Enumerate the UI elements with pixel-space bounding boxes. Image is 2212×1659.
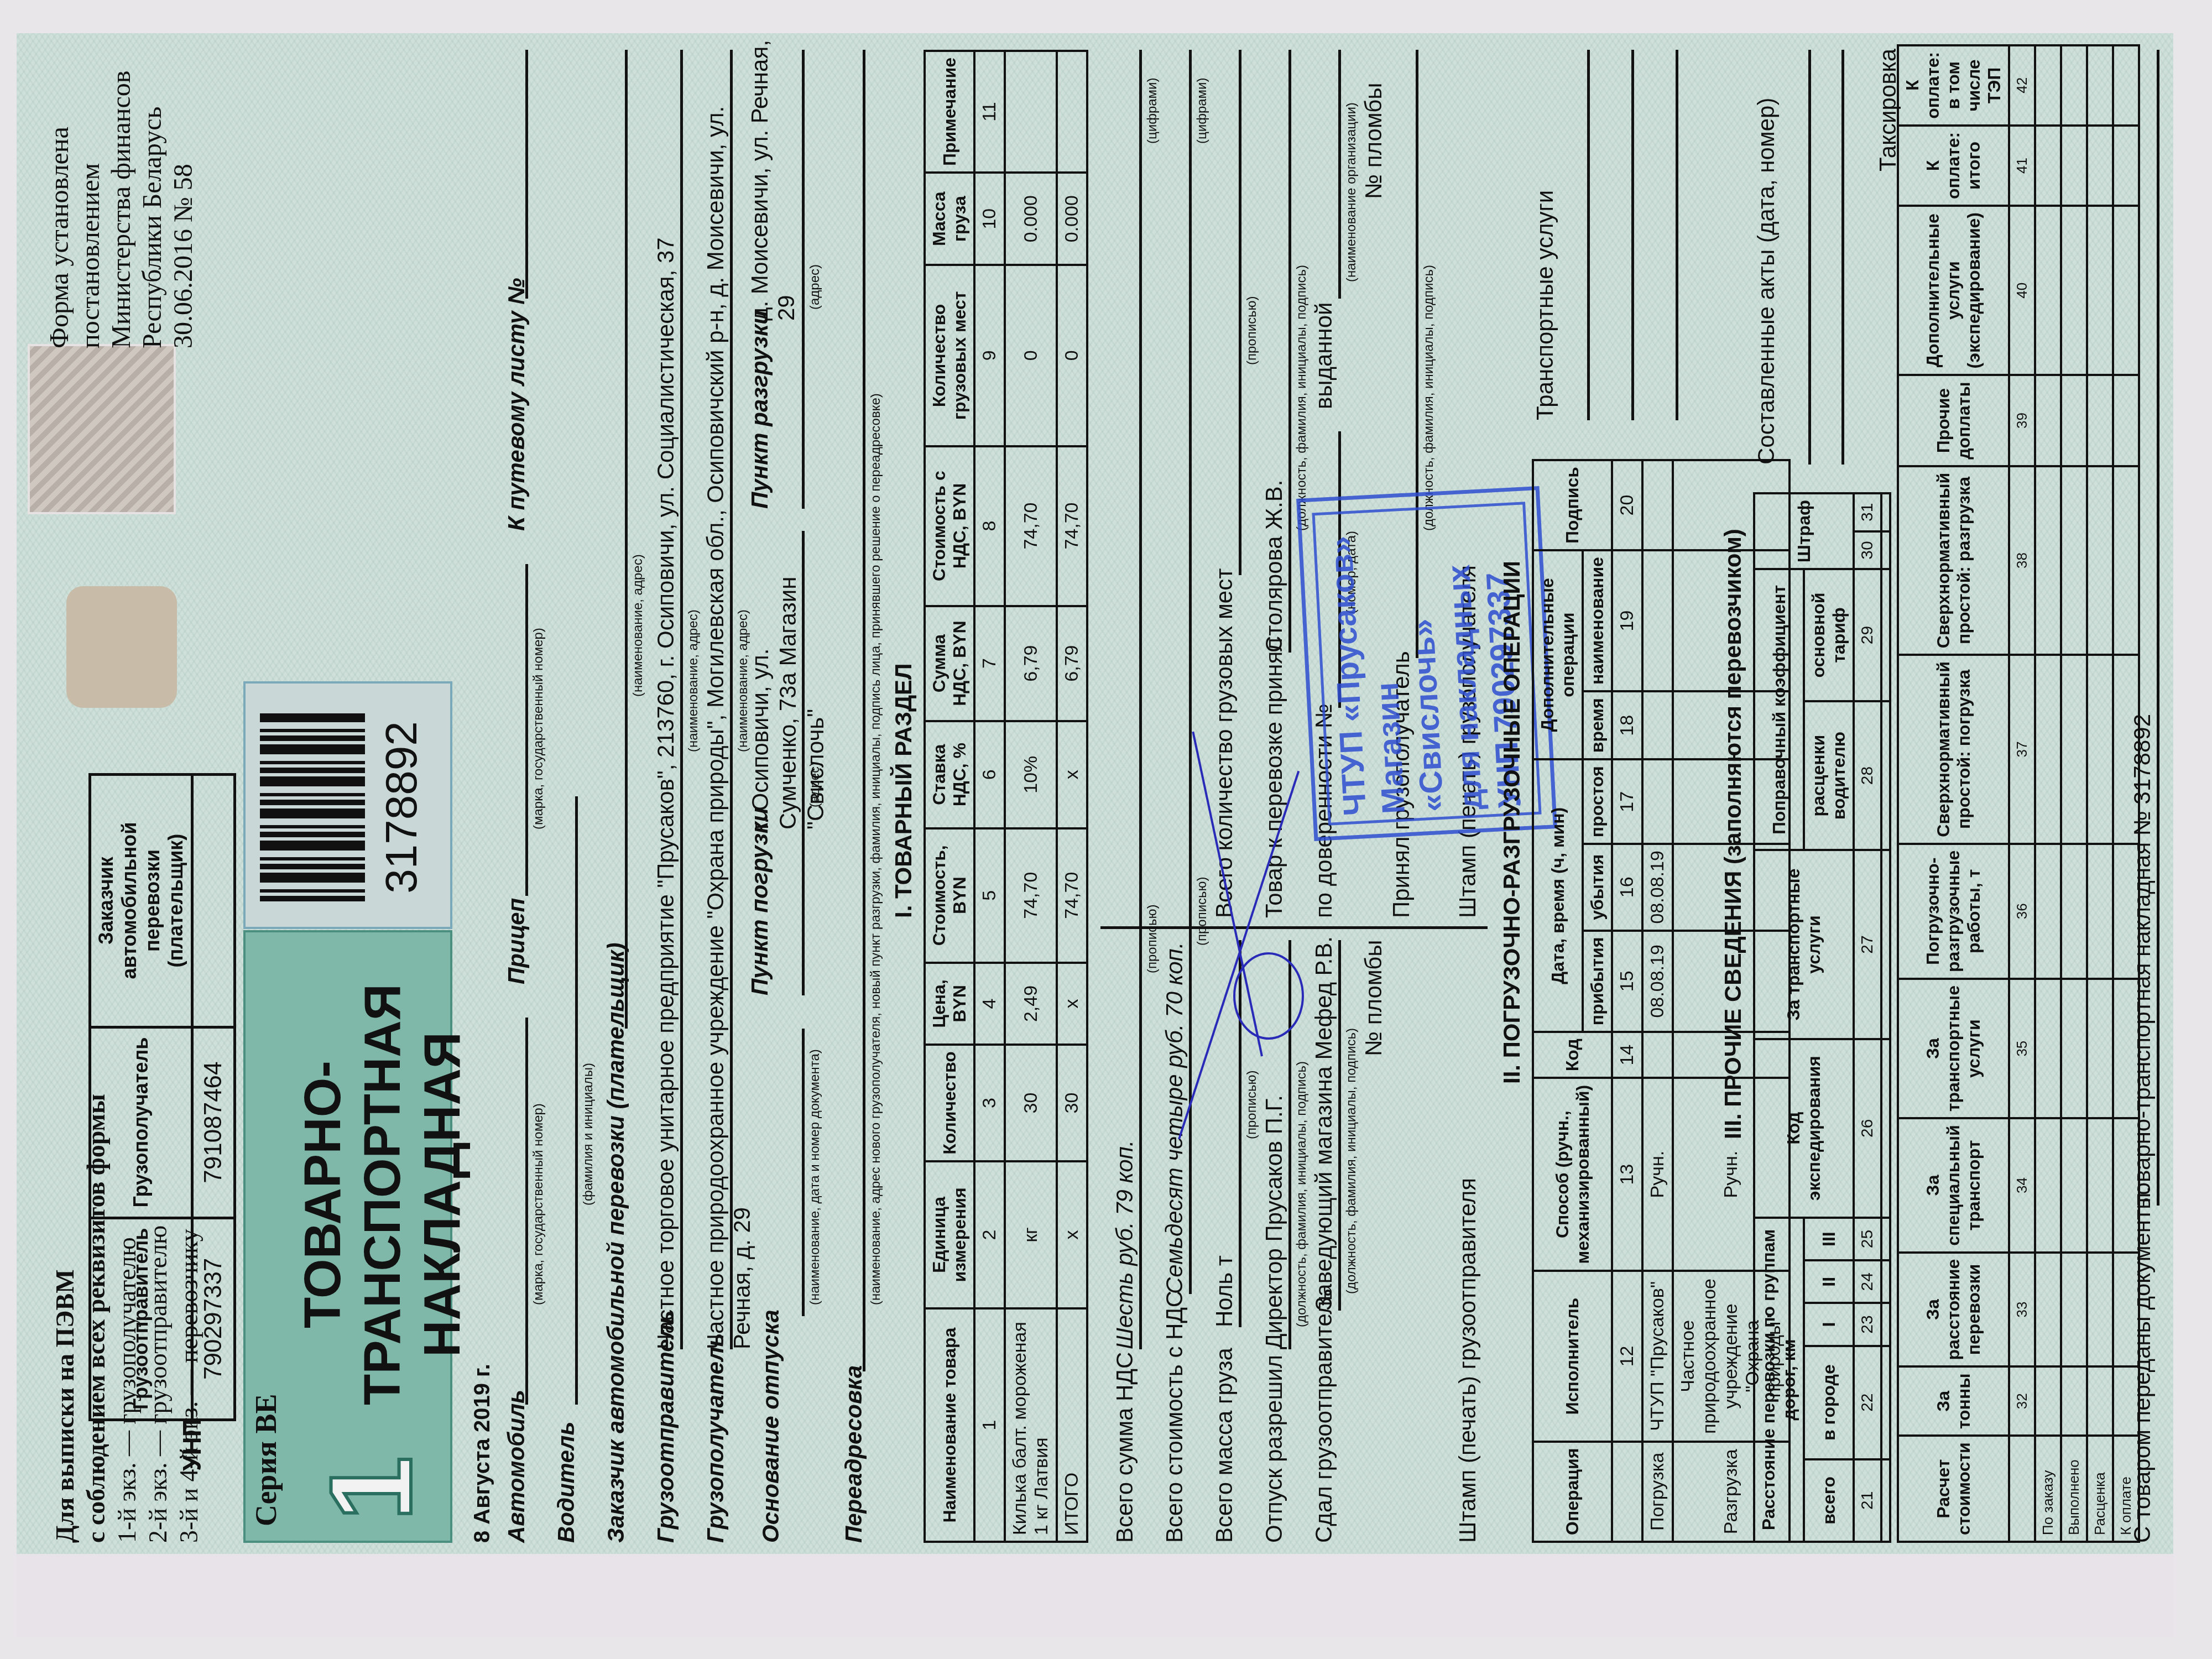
shipper-stamp-label: Штамп (печать) грузоотправителя bbox=[1454, 1178, 1481, 1543]
copy-number: 1 bbox=[304, 1456, 438, 1521]
calc-header: Расчет стоимости bbox=[1898, 1436, 2009, 1542]
goods-cell: 74,70 bbox=[1005, 828, 1057, 963]
goods-column-number: 2 bbox=[974, 1161, 1005, 1308]
calc-cell bbox=[2087, 126, 2113, 206]
basis-field[interactable] bbox=[802, 1029, 805, 1316]
goods-cell: х bbox=[1057, 721, 1087, 828]
operations-column-number: 16 bbox=[1612, 844, 1642, 930]
goods-cell: 6,79 bbox=[1057, 606, 1087, 721]
basis-label: Основание отпуска bbox=[758, 1310, 784, 1543]
goods-cell: 10% bbox=[1005, 721, 1057, 828]
operations-column-number: 19 bbox=[1612, 550, 1642, 691]
calc-cell bbox=[2113, 45, 2139, 126]
calc-column-number: 36 bbox=[2009, 844, 2035, 979]
distance-column-number: 27 bbox=[1854, 850, 1881, 1039]
calc-column-number: 33 bbox=[2009, 1253, 2035, 1367]
distance-column-number: 23 bbox=[1854, 1303, 1881, 1345]
calc-cell bbox=[2035, 1366, 2061, 1436]
calc-cell bbox=[2061, 126, 2087, 206]
calc-cell bbox=[2061, 375, 2087, 466]
consignee-code-header: Грузополучатель bbox=[90, 1027, 192, 1218]
calc-column-number: 40 bbox=[2009, 206, 2035, 375]
goods-column-header: Сумма НДС, BYN bbox=[925, 606, 974, 721]
released-value: Директор Прусаков П.Г. bbox=[1261, 1095, 1287, 1349]
unp-codes-table: Грузоотправитель Грузополучатель Заказчи… bbox=[88, 773, 236, 1421]
calc-cell bbox=[2061, 466, 2087, 655]
goods-column-number: 4 bbox=[974, 963, 1005, 1045]
form-approval-note: Форма установлена постановлением Министе… bbox=[44, 71, 199, 348]
calc-row: Расценка bbox=[2087, 45, 2113, 1542]
calc-column-header: За транспортные услуги bbox=[1898, 979, 2009, 1118]
calc-cell bbox=[2087, 655, 2113, 843]
calc-column-header: Сверхнормативный простой: погрузка bbox=[1898, 655, 2009, 843]
document-title: ТОВАРНО-ТРАНСПОРТНАЯ НАКЛАДНАЯ bbox=[293, 951, 472, 1438]
vat-total-value: Шесть руб. 79 коп. bbox=[1112, 1140, 1138, 1350]
calc-cell bbox=[2061, 655, 2087, 843]
goods-cell: 0 bbox=[1057, 265, 1087, 446]
waybill-sheet: Для выписки на ПЭВМ с соблюдением всех р… bbox=[17, 33, 2173, 1637]
goods-column-header: Наименование товара bbox=[925, 1308, 974, 1542]
calc-cell bbox=[2035, 375, 2061, 466]
distance-cell bbox=[1881, 1303, 1890, 1345]
calc-column-number: 39 bbox=[2009, 375, 2035, 466]
places-total-label: Всего количество грузовых мест bbox=[1211, 568, 1238, 918]
goods-column-number: 7 bbox=[974, 606, 1005, 721]
operations-cell bbox=[1642, 460, 1673, 550]
other-section-title: III. ПРОЧИЕ СВЕДЕНИЯ (заполняются перево… bbox=[1720, 529, 1746, 1139]
calc-cell bbox=[2035, 45, 2061, 126]
readdress-field[interactable] bbox=[863, 50, 865, 1371]
operations-column-number: 15 bbox=[1612, 931, 1642, 1032]
calc-column-number: 41 bbox=[2009, 126, 2035, 206]
distance-cell bbox=[1881, 701, 1890, 851]
goods-cell: 74,70 bbox=[1005, 446, 1057, 606]
vertical-divider bbox=[1100, 926, 1488, 929]
distance-column-number: 24 bbox=[1854, 1260, 1881, 1303]
calc-column-number: 42 bbox=[2009, 45, 2035, 126]
hologram-emblem-icon bbox=[28, 344, 176, 514]
calc-cell bbox=[2061, 1366, 2087, 1436]
goods-table: Наименование товараЕдиница измеренияКоли… bbox=[924, 50, 1088, 1543]
calc-cell bbox=[2061, 206, 2087, 375]
distance-cell bbox=[1881, 850, 1890, 1039]
goods-cell: 2,49 bbox=[1005, 963, 1057, 1045]
mass-total-value: Ноль т bbox=[1211, 1255, 1238, 1327]
calc-column-header: Погрузочно-разгрузочные работы, т bbox=[1898, 844, 2009, 979]
operations-cell bbox=[1642, 759, 1673, 844]
operations-cell: 08.08.19 bbox=[1642, 931, 1673, 1032]
barcode-icon bbox=[260, 713, 365, 901]
calc-cell bbox=[2035, 206, 2061, 375]
goods-column-number: 1 bbox=[974, 1308, 1005, 1542]
handed-value: Заведующий магазина Мефед Р.В. bbox=[1311, 936, 1337, 1311]
calc-column-header: К оплате: итого bbox=[1898, 126, 2009, 206]
goods-column-header: Стоимость с НДС, BYN bbox=[925, 446, 974, 606]
waybill-label: К путевому листу № bbox=[503, 278, 530, 531]
goods-row: Килька балт. мороженая 1 кг Латвиякг302,… bbox=[1005, 51, 1057, 1542]
trailer-field[interactable] bbox=[525, 564, 528, 896]
calc-column-number: 37 bbox=[2009, 655, 2035, 843]
unloading-label: Пункт разгрузки bbox=[747, 310, 773, 509]
operations-column-number bbox=[1612, 1442, 1642, 1542]
goods-cell: 74,70 bbox=[1057, 446, 1087, 606]
calc-cell bbox=[2087, 979, 2113, 1118]
goods-cell: 30 bbox=[1057, 1045, 1087, 1161]
goods-column-header: Примечание bbox=[925, 51, 974, 173]
distance-cell bbox=[1881, 1459, 1890, 1542]
customer-label: Заказчик автомобильной перевозки (плател… bbox=[603, 943, 629, 1543]
distance-cell bbox=[1881, 1260, 1890, 1303]
goods-cell: 0.000 bbox=[1057, 173, 1087, 265]
customer-code-header: Заказчик автомобильной перевозки (плател… bbox=[90, 774, 192, 1027]
document-number: 3178892 bbox=[376, 697, 427, 918]
seal-label-2: № пломбы bbox=[1360, 83, 1387, 199]
goods-cell: кг bbox=[1005, 1161, 1057, 1308]
operations-cell: Погрузка bbox=[1642, 1442, 1673, 1542]
calc-cell bbox=[2035, 126, 2061, 206]
operations-column-number: 14 bbox=[1612, 1032, 1642, 1078]
calc-column-header: За специальный транспорт bbox=[1898, 1118, 2009, 1252]
seal-label: № пломбы bbox=[1360, 940, 1387, 1056]
goods-cell: 0.000 bbox=[1005, 173, 1057, 265]
waybill-field[interactable] bbox=[525, 50, 528, 299]
calc-cell bbox=[2035, 655, 2061, 843]
distance-cell bbox=[1881, 569, 1890, 701]
customer-field[interactable] bbox=[625, 50, 628, 1029]
series-label: Серия ВЕ bbox=[249, 1394, 283, 1526]
goods-cell: 30 bbox=[1005, 1045, 1057, 1161]
operations-cell bbox=[1642, 1032, 1673, 1078]
transport-services-label: Транспортные услуги bbox=[1532, 190, 1558, 420]
paper-margin bbox=[17, 1554, 2173, 1637]
goods-cell: 6,79 bbox=[1005, 606, 1057, 721]
goods-column-number: 11 bbox=[974, 51, 1005, 173]
hologram-chip-icon bbox=[66, 586, 177, 708]
distance-cell bbox=[1881, 1218, 1890, 1260]
vat-total-label: Всего сумма НДС bbox=[1112, 1352, 1138, 1543]
trailer-label: Прицеп bbox=[503, 898, 530, 984]
document-date: 8 Августа 2019 г. bbox=[470, 1364, 495, 1543]
shipper-value: Частное торговое унитарное предприятие "… bbox=[653, 237, 679, 1349]
calc-cell bbox=[2061, 45, 2087, 126]
distance-column-number: 29 bbox=[1854, 569, 1881, 701]
distance-cell bbox=[1881, 531, 1890, 570]
calculation-table: Расчет стоимостиЗа тонныЗа расстояние пе… bbox=[1897, 44, 2140, 1543]
goods-cell bbox=[1057, 51, 1087, 173]
cost-total-value: Семьдесят четыре руб. 70 коп. bbox=[1161, 942, 1188, 1294]
operations-row: ПогрузкаЧТУП "Прусаков"Ручн.08.08.1908.0… bbox=[1642, 460, 1673, 1542]
goods-cell: 74,70 bbox=[1057, 828, 1087, 963]
goods-cell: Килька балт. мороженая 1 кг Латвия bbox=[1005, 1308, 1057, 1542]
calc-cell bbox=[2087, 1366, 2113, 1436]
operations-cell: ЧТУП "Прусаков" bbox=[1642, 1271, 1673, 1441]
calc-column-header: К оплате: в том числе ТЭП bbox=[1898, 45, 2009, 126]
operations-column-number: 12 bbox=[1612, 1271, 1642, 1441]
operations-cell bbox=[1642, 691, 1673, 759]
calc-cell bbox=[2087, 844, 2113, 979]
goods-column-header: Количество bbox=[925, 1045, 974, 1161]
operations-table: Операция Исполнитель Способ (ручн., меха… bbox=[1532, 459, 1791, 1543]
accepted-value: Столярова Ж.В. bbox=[1261, 480, 1287, 653]
operations-cell: 08.08.19 bbox=[1642, 844, 1673, 930]
calc-cell bbox=[2087, 1253, 2113, 1367]
goods-column-number: 9 bbox=[974, 265, 1005, 446]
distance-column-number: 28 bbox=[1854, 701, 1881, 851]
calc-cell bbox=[2061, 1118, 2087, 1252]
calc-cell bbox=[2087, 375, 2113, 466]
goods-column-number: 10 bbox=[974, 173, 1005, 265]
readdress-label: Переадресовка bbox=[841, 1365, 867, 1543]
calc-column-number: 34 bbox=[2009, 1118, 2035, 1252]
distance-column-number: 21 bbox=[1854, 1459, 1881, 1542]
calc-cell bbox=[2113, 466, 2139, 655]
driver-field[interactable] bbox=[575, 796, 578, 1405]
goods-cell: х bbox=[1057, 963, 1087, 1045]
calc-row: По заказу bbox=[2035, 45, 2061, 1542]
calc-cell bbox=[2087, 206, 2113, 375]
calc-column-header: За тонны bbox=[1898, 1366, 2009, 1436]
waybill-page: Для выписки на ПЭВМ с соблюдением всех р… bbox=[0, 0, 2212, 1659]
calc-cell bbox=[2113, 206, 2139, 375]
operations-column-number: 13 bbox=[1612, 1078, 1642, 1271]
operations-cell bbox=[1642, 550, 1673, 691]
distance-table: Расстояние перевозки по группам дорог, к… bbox=[1753, 492, 1891, 1543]
released-label: Отпуск разрешил bbox=[1261, 1355, 1287, 1543]
goods-cell: 0 bbox=[1005, 265, 1057, 446]
calc-cell bbox=[2113, 126, 2139, 206]
calc-cell bbox=[2035, 1253, 2061, 1367]
goods-column-header: Ставка НДС, % bbox=[925, 721, 974, 828]
loading-label: Пункт погрузки bbox=[747, 807, 773, 995]
vehicle-label: Автомобиль bbox=[503, 1390, 530, 1543]
unloading-value: д. Моисевичи, ул. Речная, 29 bbox=[747, 33, 800, 321]
shipper-unp: 790297337 bbox=[192, 1218, 235, 1420]
goods-column-header: Стоимость, BYN bbox=[925, 828, 974, 963]
calc-column-number: 35 bbox=[2009, 979, 2035, 1118]
calc-cell bbox=[2035, 979, 2061, 1118]
calc-cell bbox=[2087, 45, 2113, 126]
calc-cell bbox=[2087, 1118, 2113, 1252]
goods-column-number: 6 bbox=[974, 721, 1005, 828]
calc-column-number bbox=[2009, 1436, 2035, 1542]
calc-row: Выполнено bbox=[2061, 45, 2087, 1542]
signature-loop bbox=[1233, 952, 1304, 1040]
calc-cell bbox=[2061, 979, 2087, 1118]
goods-column-header: Масса груза bbox=[925, 173, 974, 265]
calc-row-label: По заказу bbox=[2035, 1436, 2061, 1542]
operations-cell: Ручн. bbox=[1642, 1078, 1673, 1271]
goods-cell bbox=[1005, 51, 1057, 173]
handed-label: Сдал грузоотправитель bbox=[1311, 1288, 1337, 1543]
mass-total-label: Всего масса груза bbox=[1211, 1348, 1238, 1543]
consignee-label: Грузополучатель bbox=[702, 1333, 729, 1543]
operations-column-number: 18 bbox=[1612, 691, 1642, 759]
distance-cell bbox=[1881, 1346, 1890, 1459]
calc-column-header: Сверхнормативный простой: разгрузка bbox=[1898, 466, 2009, 655]
operations-column-number: 17 bbox=[1612, 759, 1642, 844]
calc-column-header: За расстояние перевозки bbox=[1898, 1253, 2009, 1367]
operations-section-title: II. ПОГРУЗОЧНО-РАЗГРУЗОЧНЫЕ ОПЕРАЦИИ bbox=[1499, 561, 1525, 1084]
issued-label: выданной bbox=[1311, 302, 1337, 409]
goods-section-title: I. ТОВАРНЫЙ РАЗДЕЛ bbox=[890, 663, 917, 918]
documents-value: товарно-транспортная накладная № 3178892 bbox=[2129, 714, 2156, 1206]
goods-column-number: 5 bbox=[974, 828, 1005, 963]
distance-column-number: 25 bbox=[1854, 1218, 1881, 1260]
calc-cell bbox=[2035, 466, 2061, 655]
distance-cell bbox=[1881, 1039, 1890, 1218]
calc-cell bbox=[2087, 466, 2113, 655]
goods-cell: ИТОГО bbox=[1057, 1308, 1087, 1542]
vehicle-field[interactable] bbox=[525, 1018, 528, 1405]
goods-column-header: Цена, BYN bbox=[925, 963, 974, 1045]
distance-column-number: 30 bbox=[1854, 531, 1881, 570]
calc-column-header: Дополнительные услуги (экспедирование) bbox=[1898, 206, 2009, 375]
calc-column-header: Прочие доплаты bbox=[1898, 375, 2009, 466]
documents-label: С товаром переданы документы: bbox=[2129, 1186, 2156, 1543]
goods-column-number: 3 bbox=[974, 1045, 1005, 1161]
calc-cell bbox=[2061, 1253, 2087, 1367]
calc-row-label: Выполнено bbox=[2061, 1436, 2087, 1542]
distance-column-number: 31 bbox=[1854, 493, 1881, 531]
goods-column-header: Количество грузовых мест bbox=[925, 265, 974, 446]
calc-column-number: 38 bbox=[2009, 466, 2035, 655]
goods-cell: х bbox=[1057, 1161, 1087, 1308]
operations-column-number: 20 bbox=[1612, 460, 1642, 550]
goods-column-header: Единица измерения bbox=[925, 1161, 974, 1308]
driver-label: Водитель bbox=[553, 1422, 580, 1543]
distance-column-number: 22 bbox=[1854, 1346, 1881, 1459]
acts-label: Составленные акты (дата, номер) bbox=[1753, 98, 1780, 465]
consignee-unp: 791087464 bbox=[192, 1027, 235, 1218]
calc-column-number: 32 bbox=[2009, 1366, 2035, 1436]
cost-total-label: Всего стоимость с НДС bbox=[1161, 1291, 1188, 1543]
shipper-code-header: Грузоотправитель bbox=[90, 1218, 192, 1420]
calc-cell bbox=[2035, 1118, 2061, 1252]
customer-unp bbox=[192, 774, 235, 1027]
calc-cell bbox=[2035, 844, 2061, 979]
calc-cell bbox=[2113, 375, 2139, 466]
goods-column-number: 8 bbox=[974, 446, 1005, 606]
distance-cell bbox=[1881, 493, 1890, 531]
calc-cell bbox=[2061, 844, 2087, 979]
distance-column-number: 26 bbox=[1854, 1039, 1881, 1218]
goods-total-row: ИТОГОх30х74,70х6,7974,7000.000 bbox=[1057, 51, 1087, 1542]
calc-row-label: Расценка bbox=[2087, 1436, 2113, 1542]
unp-label: УНП bbox=[177, 1418, 207, 1471]
